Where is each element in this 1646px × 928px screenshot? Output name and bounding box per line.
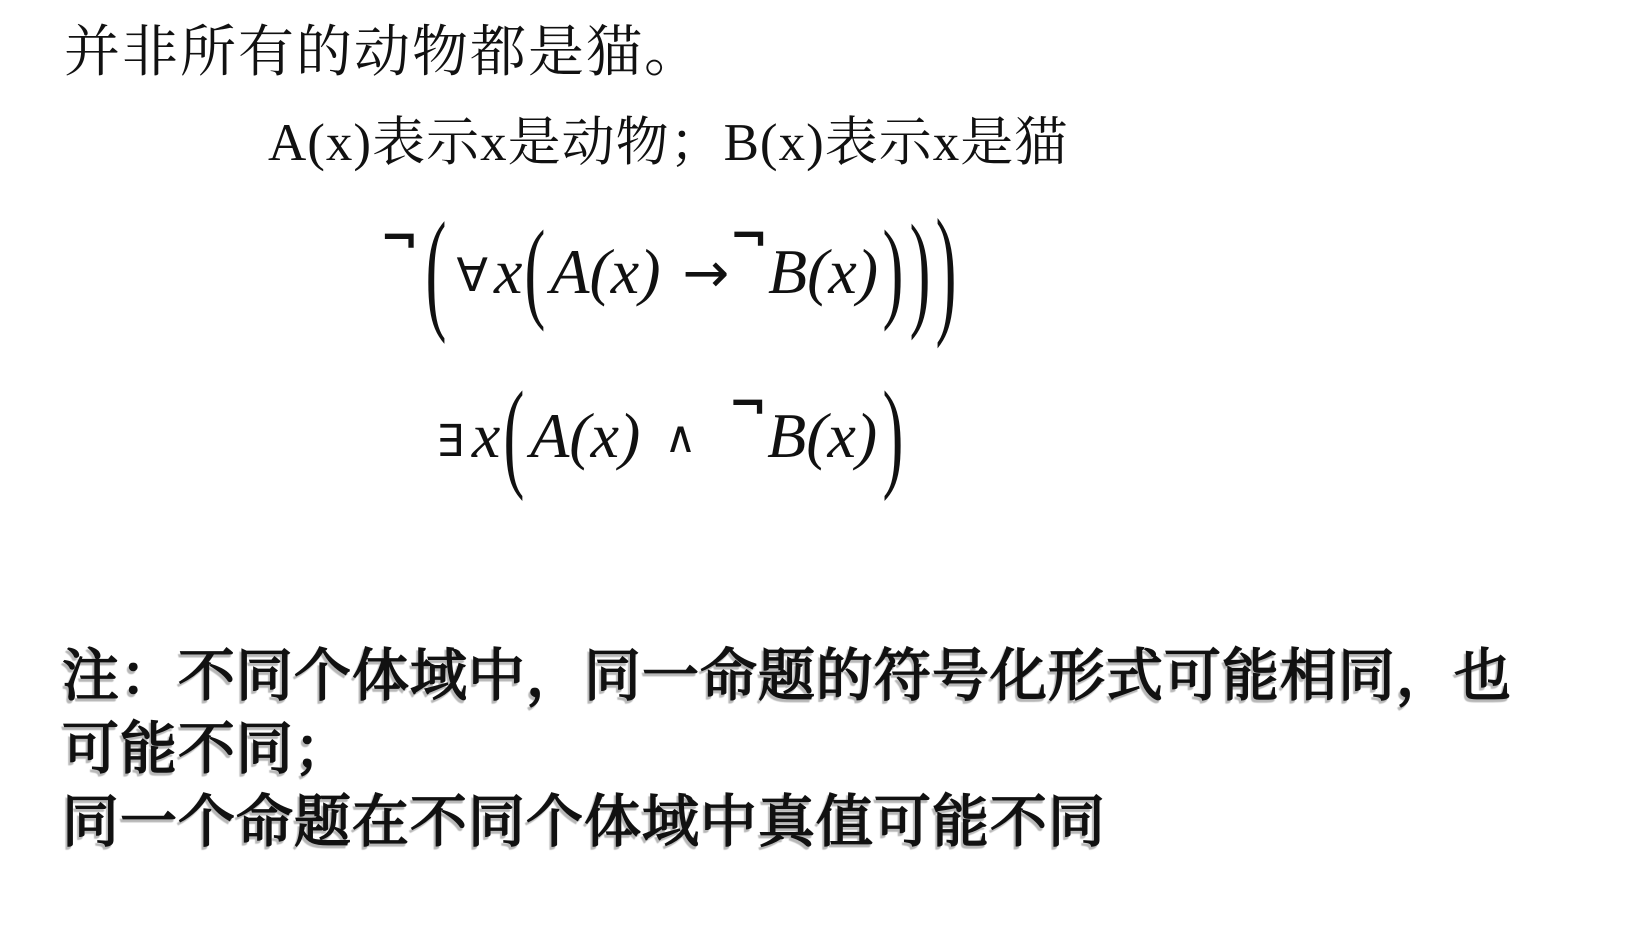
- inner-right-paren: ): [883, 216, 904, 328]
- exists-symbol: ∃: [436, 420, 464, 464]
- left-paren: (: [504, 375, 525, 497]
- antecedent-term: A(x): [550, 240, 660, 304]
- right-conjunct-term: B(x): [767, 404, 877, 468]
- statement-text: 并非所有的动物都是猫。: [64, 20, 702, 87]
- right-paren: ): [883, 375, 904, 497]
- inner-left-paren: (: [525, 216, 546, 328]
- note-block: 注：不同个体域中，同一命题的符号化形式可能相同，也 可能不同； 同一个命题在不同…: [62, 640, 1512, 859]
- note-line-2: 可能不同；: [62, 713, 1512, 786]
- lecture-slide: 并非所有的动物都是猫。 A(x)表示x是动物；B(x)表示x是猫 ¬ ( ∀ x…: [0, 0, 1646, 928]
- negation-symbol: ¬: [721, 379, 776, 433]
- outer-left-paren: (: [425, 204, 446, 339]
- consequent-term: B(x): [768, 240, 878, 304]
- note-line-1: 注：不同个体域中，同一命题的符号化形式可能相同，也: [62, 640, 1512, 713]
- predicate-definitions: A(x)表示x是动物；B(x)表示x是猫: [268, 112, 1068, 176]
- outermost-right-paren: ): [936, 200, 957, 344]
- and-symbol: ∧: [664, 416, 696, 460]
- formula-existential: ∃ x ( A(x) ∧ ¬ B(x) ): [436, 366, 907, 506]
- bound-variable: x: [472, 404, 500, 468]
- forall-symbol: ∀: [457, 252, 488, 298]
- note-line-3: 同一个命题在不同个体域中真值可能不同: [62, 786, 1512, 859]
- formula-negated-universal: ¬ ( ∀ x ( A(x) → ¬ B(x) ) ) ): [372, 198, 957, 346]
- negation-outer-symbol: ¬: [372, 213, 427, 267]
- left-conjunct-term: A(x): [530, 404, 640, 468]
- outer-right-paren: ): [910, 208, 931, 337]
- negation-inner-symbol: ¬: [721, 211, 776, 265]
- bound-variable: x: [494, 240, 522, 304]
